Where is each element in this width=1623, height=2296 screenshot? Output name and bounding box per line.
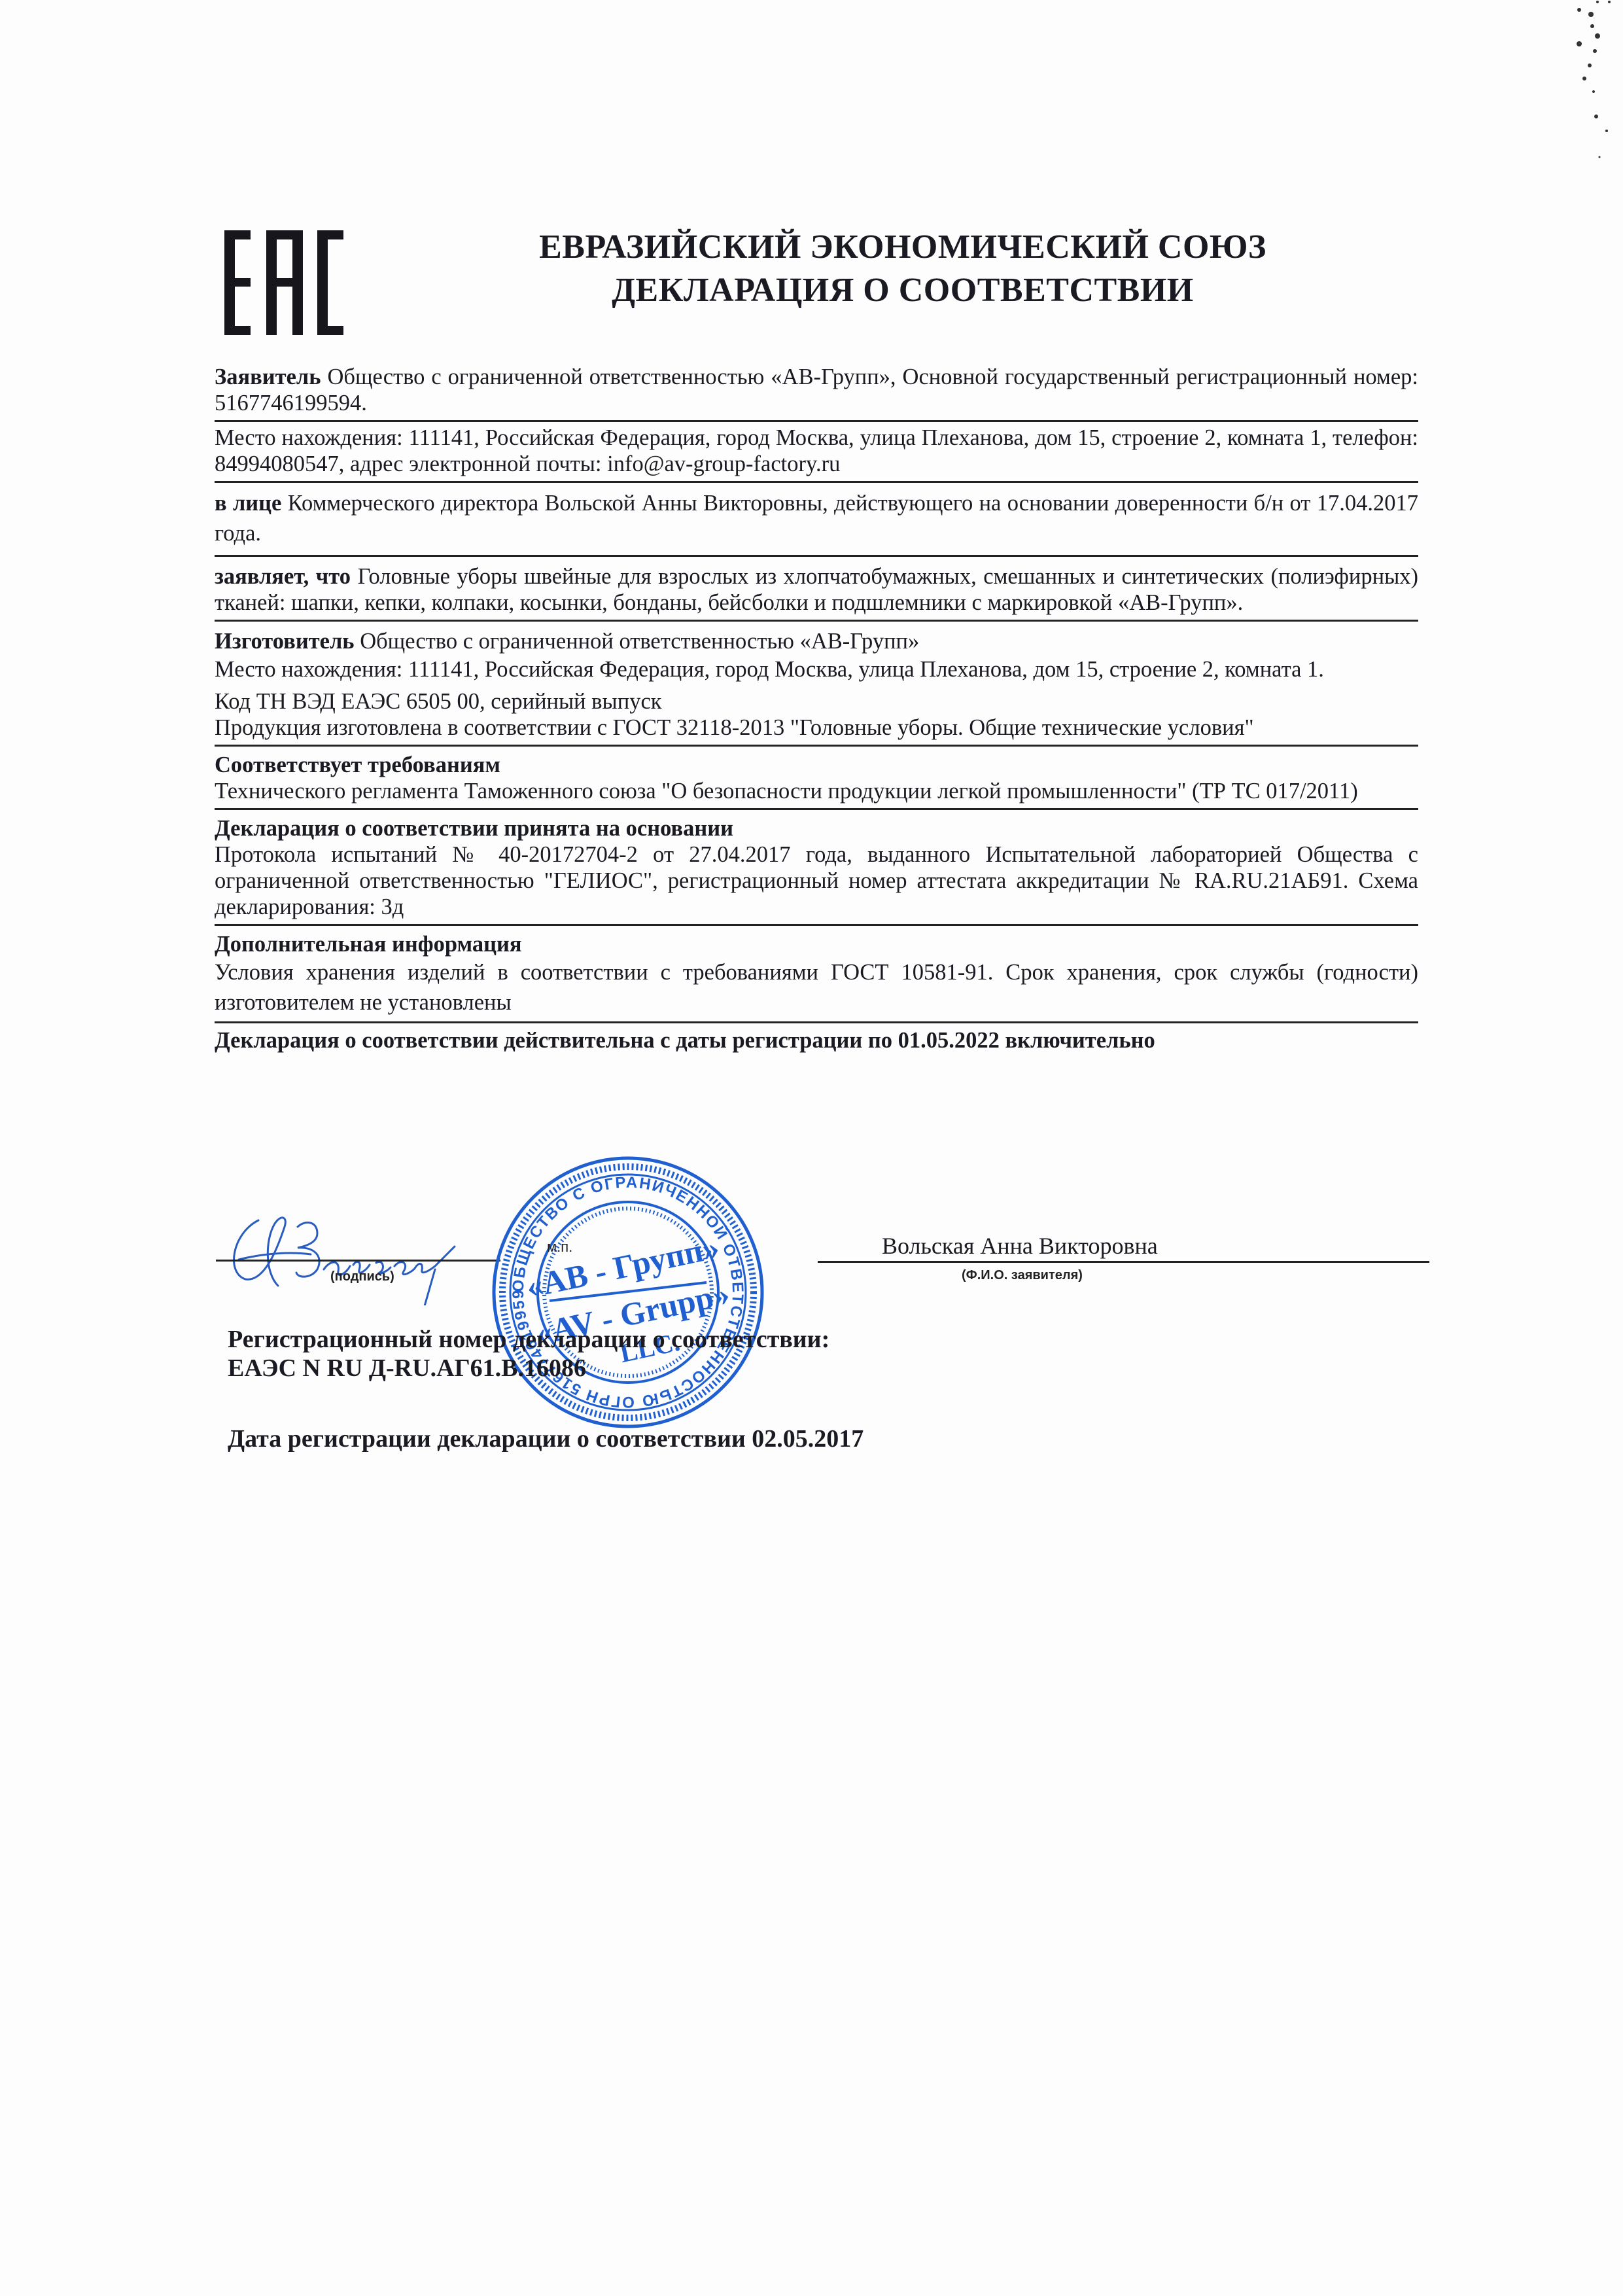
additional-label: Дополнительная информация <box>215 931 1418 957</box>
signature-caption: (подпись) <box>330 1269 394 1284</box>
section-manufacturer: Изготовитель Общество с ограниченной отв… <box>215 622 1418 747</box>
applicant-label: Заявитель <box>215 364 321 389</box>
manufacturer-text: Общество с ограниченной ответственностью… <box>360 629 919 654</box>
company-seal-stamp: ОБЩЕСТВО С ОГРАНИЧЕННОЙ ОТВЕТСТВЕННОСТЬЮ… <box>487 1152 769 1433</box>
manufacturer-address: Место нахождения: 111141, Российская Фед… <box>215 654 1418 684</box>
compliance-text: Технического регламента Таможенного союз… <box>215 778 1418 804</box>
section-additional: Дополнительная информация Условия хранен… <box>215 926 1418 1023</box>
section-validity: Декларация о соответствии действительна … <box>215 1023 1418 1057</box>
section-applicant-address: Место нахождения: 111141, Российская Фед… <box>215 422 1418 483</box>
declares-text: Головные уборы швейные для взрослых из х… <box>215 564 1418 615</box>
section-basis: Декларация о соответствии принята на осн… <box>215 810 1418 926</box>
additional-text: Условия хранения изделий в соответствии … <box>215 957 1418 1017</box>
manufacturer-label: Изготовитель <box>215 629 355 654</box>
validity-text: Декларация о соответствии действительна … <box>215 1027 1418 1053</box>
basis-text: Протокола испытаний № 40-20172704-2 от 2… <box>215 841 1418 920</box>
section-compliance: Соответствует требованиям Технического р… <box>215 747 1418 810</box>
registration-number: ЕАЭС N RU Д-RU.АГ61.В.16086 <box>228 1354 829 1383</box>
title-union: ЕВРАЗИЙСКИЙ ЭКОНОМИЧЕСКИЙ СОЮЗ <box>406 226 1400 269</box>
section-declares: заявляет, что Головные уборы швейные для… <box>215 557 1418 622</box>
seal-place-mark: м.п. <box>547 1239 572 1256</box>
registration-number-label: Регистрационный номер декларации о соотв… <box>228 1325 829 1354</box>
applicant-text: Общество с ограниченной ответственностью… <box>215 364 1418 415</box>
handwritten-signature <box>219 1207 500 1305</box>
eac-conformity-mark-icon <box>224 230 343 335</box>
applicant-full-name: Вольская Анна Викторовна <box>882 1232 1158 1260</box>
manufacturing-standard: Продукция изготовлена в соответствии с Г… <box>215 715 1418 741</box>
name-line <box>818 1261 1429 1263</box>
section-applicant: Заявитель Общество с ограниченной ответс… <box>215 361 1418 422</box>
representative-text: Коммерческого директора Вольской Анны Ви… <box>215 491 1418 546</box>
declares-label: заявляет, что <box>215 564 351 589</box>
hs-code: Код ТН ВЭД ЕАЭС 6505 00, серийный выпуск <box>215 688 1418 715</box>
registration-block: Регистрационный номер декларации о соотв… <box>228 1325 829 1383</box>
name-caption: (Ф.И.О. заявителя) <box>962 1268 1083 1283</box>
signature-line <box>216 1260 500 1262</box>
declaration-body: Заявитель Общество с ограниченной ответс… <box>215 361 1418 1057</box>
applicant-address: Место нахождения: 111141, Российская Фед… <box>215 425 1418 477</box>
compliance-label: Соответствует требованиям <box>215 752 1418 778</box>
representative-label: в лице <box>215 491 281 516</box>
registration-date: Дата регистрации декларации о соответств… <box>228 1424 864 1453</box>
document-title: ЕВРАЗИЙСКИЙ ЭКОНОМИЧЕСКИЙ СОЮЗ ДЕКЛАРАЦИ… <box>406 226 1400 312</box>
section-representative: в лице Коммерческого директора Вольской … <box>215 483 1418 557</box>
title-declaration: ДЕКЛАРАЦИЯ О СООТВЕТСТВИИ <box>406 269 1400 312</box>
basis-label: Декларация о соответствии принята на осн… <box>215 815 1418 841</box>
scan-noise-specks <box>1563 0 1623 170</box>
